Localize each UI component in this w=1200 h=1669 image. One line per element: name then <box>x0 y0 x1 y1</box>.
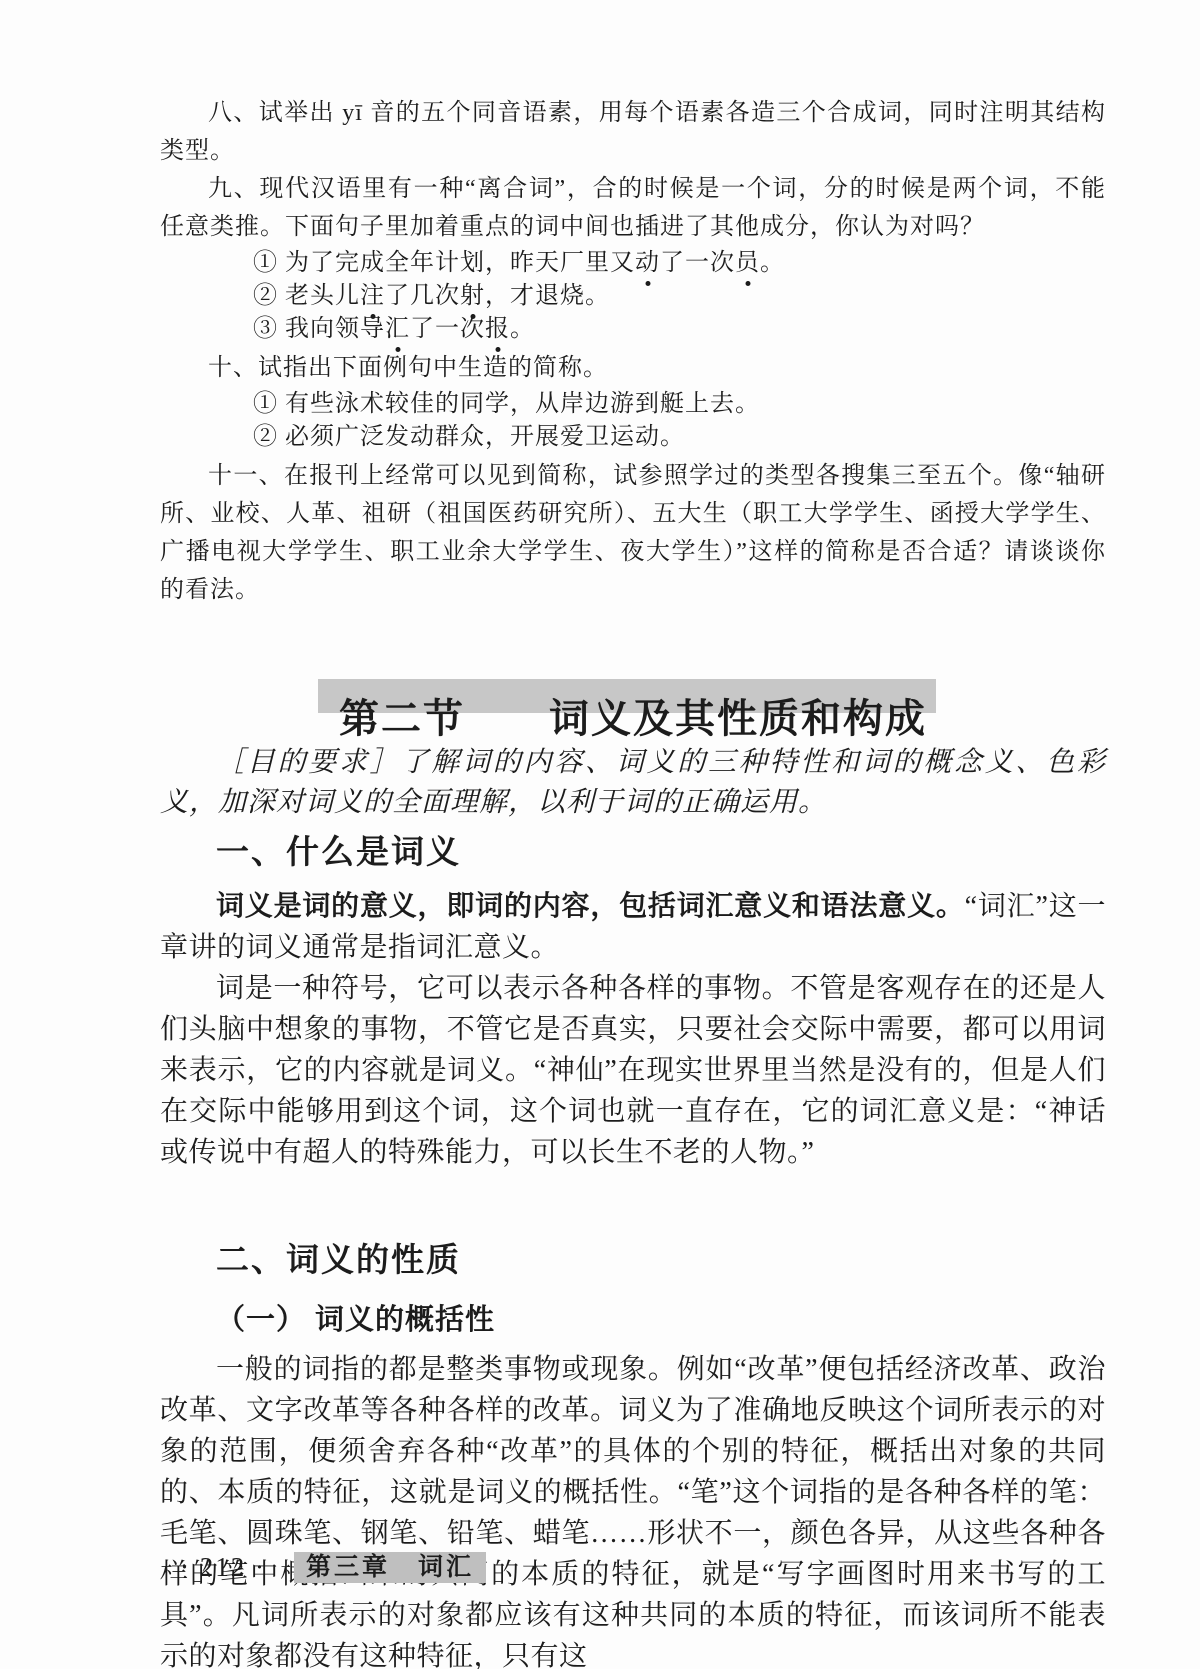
page-footer: · 212 · 第三章 词汇 <box>180 1552 486 1583</box>
paragraph-definition: 词义是词的意义，即词的内容，包括词汇意义和语法意义。“词汇”这一章讲的词义通常是… <box>160 885 1106 968</box>
example-text: 了一次 <box>410 316 485 342</box>
emphasized-char: 动 <box>635 247 660 280</box>
heading-what-is-word-meaning: 一、什么是词义 <box>160 831 1106 873</box>
paragraph-word-as-symbol: 词是一种符号，它可以表示各种各样的事物。不管是客观存在的还是人们头脑中想象的事物… <box>160 968 1106 1173</box>
emphasized-char: 注 <box>360 280 385 313</box>
exercise-item-11: 十一、在报刊上经常可以见到简称，试参照学过的类型各搜集三至五个。像“轴研所、业校… <box>160 457 1106 609</box>
subheading-generality: （一） 词义的概括性 <box>160 1303 1106 1337</box>
exercise-example: ② 老头儿注了几次射，才退烧。 <box>160 280 1106 313</box>
page-number: · 212 · <box>180 1552 266 1583</box>
heading-properties-of-word-meaning: 二、词义的性质 <box>160 1239 1106 1281</box>
chapter-label: 第三章 词汇 <box>294 1552 486 1583</box>
objective-label: ［目的要求］ <box>216 747 401 778</box>
example-text: ③ 我向领导 <box>253 316 385 342</box>
objective-paragraph: ［目的要求］了解词的内容、词义的三种特性和词的概念义、色彩义，加深对词义的全面理… <box>160 743 1106 823</box>
emphasized-char: 员 <box>735 247 760 280</box>
example-text: ，才退烧。 <box>485 283 610 309</box>
definition-bold-text: 词义是词的意义，即词的内容，包括词汇意义和语法意义。 <box>216 890 965 921</box>
exercise-item-9: 九、现代汉语里有一种“离合词”，合的时候是一个词，分的时候是两个词，不能任意类推… <box>160 170 1106 246</box>
example-text: 了几次 <box>385 283 460 309</box>
example-text: 。 <box>510 316 535 342</box>
exercise-example: ③ 我向领导汇了一次报。 <box>160 313 1106 346</box>
exercise-item-8: 八、试举出 yī 音的五个同音语素，用每个语素各造三个合成词，同时注明其结构类型… <box>160 94 1106 170</box>
emphasized-char: 汇 <box>385 313 410 346</box>
emphasized-char: 射 <box>460 280 485 313</box>
paragraph-generality: 一般的词指的都是整类事物或现象。例如“改革”便包括经济改革、政治改革、文字改革等… <box>160 1349 1106 1669</box>
example-text: 。 <box>760 250 785 276</box>
exercise-10-examples: ① 有些泳术较佳的同学，从岸边游到艇上去。 ② 必须广泛发动群众，开展爱卫运动。 <box>160 388 1106 454</box>
book-page: 八、试举出 yī 音的五个同音语素，用每个语素各造三个合成词，同时注明其结构类型… <box>0 0 1200 1669</box>
section-title: 第二节 词义及其性质和构成 <box>160 687 1106 744</box>
exercise-example: ① 为了完成全年计划，昨天厂里又动了一次员。 <box>160 247 1106 280</box>
exercise-9-examples: ① 为了完成全年计划，昨天厂里又动了一次员。 ② 老头儿注了几次射，才退烧。 ③… <box>160 247 1106 346</box>
example-text: ② 老头儿 <box>253 283 360 309</box>
exercise-example: ① 有些泳术较佳的同学，从岸边游到艇上去。 <box>160 388 1106 421</box>
exercise-item-10: 十、试指出下面例句中生造的简称。 <box>160 349 1106 387</box>
page-content: 八、试举出 yī 音的五个同音语素，用每个语素各造三个合成词，同时注明其结构类型… <box>160 94 1106 1669</box>
example-text: ① 为了完成全年计划，昨天厂里又 <box>253 250 635 276</box>
example-text: 了一次 <box>660 250 735 276</box>
emphasized-char: 报 <box>485 313 510 346</box>
section-heading-block: 第二节 词义及其性质和构成 <box>160 679 1106 743</box>
exercise-example: ② 必须广泛发动群众，开展爱卫运动。 <box>160 421 1106 454</box>
